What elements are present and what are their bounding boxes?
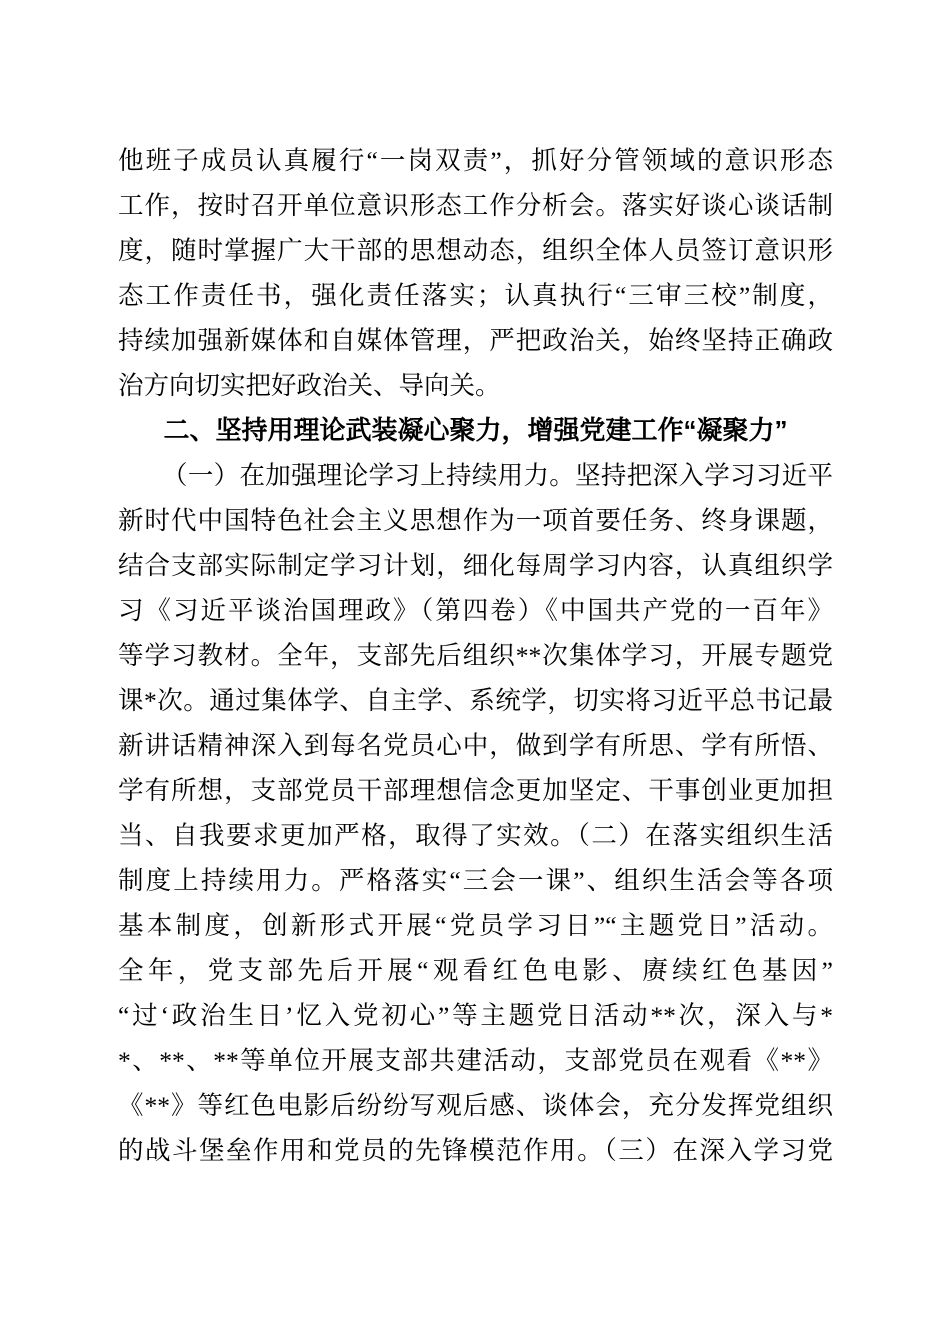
paragraph-continuation: 他班子成员认真履行“一岗双责”，抓好分管领域的意识形态 工作，按时召开单位意识形…: [118, 138, 833, 408]
document-page: 他班子成员认真履行“一岗双责”，抓好分管领域的意识形态 工作，按时召开单位意识形…: [0, 0, 950, 1344]
section-heading: 二、坚持用理论武装凝心聚力，增强党建工作“凝聚力”: [118, 408, 833, 453]
text-line: 等学习教材。全年，支部先后组织**次集体学习，开展专题党: [118, 633, 833, 678]
text-line: 度，随时掌握广大干部的思想动态，组织全体人员签订意识形: [118, 228, 833, 273]
text-line: 基本制度，创新形式开展“党员学习日”“主题党日”活动。: [118, 903, 833, 948]
text-line: 新时代中国特色社会主义思想作为一项首要任务、终身课题，: [118, 498, 833, 543]
text-line: 持续加强新媒体和自媒体管理，严把政治关，始终坚持正确政: [118, 318, 833, 363]
text-line: 《**》等红色电影后纷纷写观后感、谈体会，充分发挥党组织: [118, 1083, 833, 1128]
text-line: 制度上持续用力。严格落实“三会一课”、组织生活会等各项: [118, 858, 833, 903]
text-line: 新讲话精神深入到每名党员心中，做到学有所思、学有所悟、: [118, 723, 833, 768]
text-line: 结合支部实际制定学习计划，细化每周学习内容，认真组织学: [118, 543, 833, 588]
text-line: 当、自我要求更加严格，取得了实效。（二）在落实组织生活: [118, 813, 833, 858]
paragraph-section-two: （一）在加强理论学习上持续用力。坚持把深入学习习近平 新时代中国特色社会主义思想…: [118, 453, 833, 1173]
text-line: 课*次。通过集体学、自主学、系统学，切实将习近平总书记最: [118, 678, 833, 723]
text-line: 习《习近平谈治国理政》（第四卷）《中国共产党的一百年》: [118, 588, 833, 633]
text-line: 态工作责任书，强化责任落实；认真执行“三审三校”制度，: [118, 273, 833, 318]
text-line: 的战斗堡垒作用和党员的先锋模范作用。（三）在深入学习党: [118, 1128, 833, 1173]
text-line: 他班子成员认真履行“一岗双责”，抓好分管领域的意识形态: [118, 138, 833, 183]
text-line: 工作，按时召开单位意识形态工作分析会。落实好谈心谈话制: [118, 183, 833, 228]
text-line: “过‘政治生日’忆入党初心”等主题党日活动**次，深入与*: [118, 993, 833, 1038]
text-line: 治方向切实把好政治关、导向关。: [118, 363, 833, 408]
text-line: 学有所想，支部党员干部理想信念更加坚定、干事创业更加担: [118, 768, 833, 813]
text-line: *、**、**等单位开展支部共建活动，支部党员在观看《**》: [118, 1038, 833, 1083]
text-line: （一）在加强理论学习上持续用力。坚持把深入学习习近平: [118, 453, 833, 498]
text-line: 全年，党支部先后开展“观看红色电影、赓续红色基因”: [118, 948, 833, 993]
